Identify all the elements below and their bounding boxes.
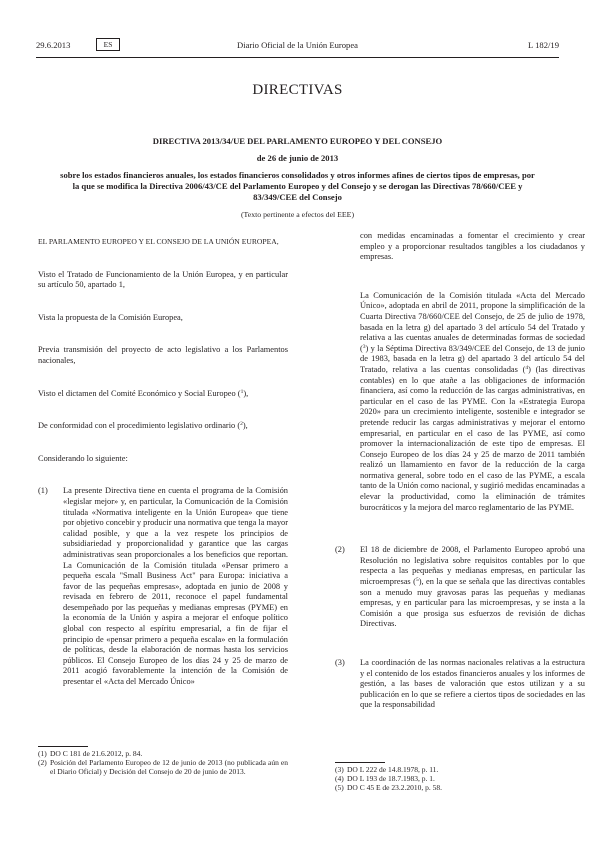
recital-text: La presente Directiva tiene en cuenta el…	[63, 486, 288, 686]
footnote-2: (2)Posición del Parlamento Europeo de 12…	[38, 758, 288, 776]
footnote-divider	[335, 762, 385, 763]
footnote-1: (1)DO C 181 de 21.6.2012, p. 84.	[38, 749, 288, 758]
eee-note: (Texto pertinente a efectos del EEE)	[60, 209, 535, 220]
footnote-ref[interactable]: 5	[416, 577, 419, 583]
footnotes-left: (1)DO C 181 de 21.6.2012, p. 84. (2)Posi…	[38, 746, 288, 776]
recital-2: (2) El 18 de diciembre de 2008, el Parla…	[335, 545, 585, 630]
citation-procedure: De conformidad con el procedimiento legi…	[38, 421, 288, 432]
recital-1-continued: con medidas encaminadas a fomentar el cr…	[335, 231, 585, 513]
right-column: con medidas encaminadas a fomentar el cr…	[335, 231, 585, 733]
document-title-block: DIRECTIVA 2013/34/UE DEL PARLAMENTO EURO…	[60, 136, 535, 220]
recital-3: (3) La coordinación de las normas nacion…	[335, 658, 585, 711]
recital-1: (1) La presente Directiva tiene en cuent…	[38, 486, 288, 687]
header-divider	[36, 57, 559, 58]
citation-transmission: Previa transmisión del proyecto de acto …	[38, 345, 288, 366]
footnote-ref[interactable]: 1	[241, 389, 244, 395]
footnote-ref[interactable]: 3	[363, 344, 366, 350]
footnote-3: (3)DO L 222 de 14.8.1978, p. 11.	[335, 765, 585, 774]
page-number: L 182/19	[528, 40, 559, 50]
footnotes-right: (3)DO L 222 de 14.8.1978, p. 11. (4)DO L…	[335, 762, 585, 792]
whereas-heading: Considerando lo siguiente:	[38, 454, 288, 465]
recital-number: (1)	[38, 486, 48, 497]
recital-1-paragraph-2: La Comunicación de la Comisión titulada …	[360, 291, 585, 513]
section-title: DIRECTIVAS	[0, 82, 595, 99]
footnote-5: (5)DO C 45 E de 23.2.2010, p. 58.	[335, 783, 585, 792]
directive-title: DIRECTIVA 2013/34/UE DEL PARLAMENTO EURO…	[60, 136, 535, 147]
left-column: EL PARLAMENTO EUROPEO Y EL CONSEJO DE LA…	[38, 237, 288, 710]
directive-subject: sobre los estados financieros anuales, l…	[60, 170, 535, 203]
footnote-4: (4)DO L 193 de 18.7.1983, p. 1.	[335, 774, 585, 783]
recital-number: (3)	[335, 658, 345, 669]
recital-number: (2)	[335, 545, 345, 556]
footnote-ref[interactable]: 4	[525, 365, 528, 371]
citation-proposal: Vista la propuesta de la Comisión Europe…	[38, 313, 288, 324]
preamble-authors: EL PARLAMENTO EUROPEO Y EL CONSEJO DE LA…	[38, 237, 288, 248]
footnote-divider	[38, 746, 88, 747]
directive-date: de 26 de junio de 2013	[60, 153, 535, 164]
journal-title: Diario Oficial de la Unión Europea	[36, 40, 559, 50]
footnote-ref[interactable]: 2	[240, 421, 243, 427]
page-header: 29.6.2013 ES Diario Oficial de la Unión …	[36, 38, 559, 52]
citation-opinion: Visto el dictamen del Comité Económico y…	[38, 389, 288, 400]
citation-treaty: Visto el Tratado de Funcionamiento de la…	[38, 270, 288, 291]
